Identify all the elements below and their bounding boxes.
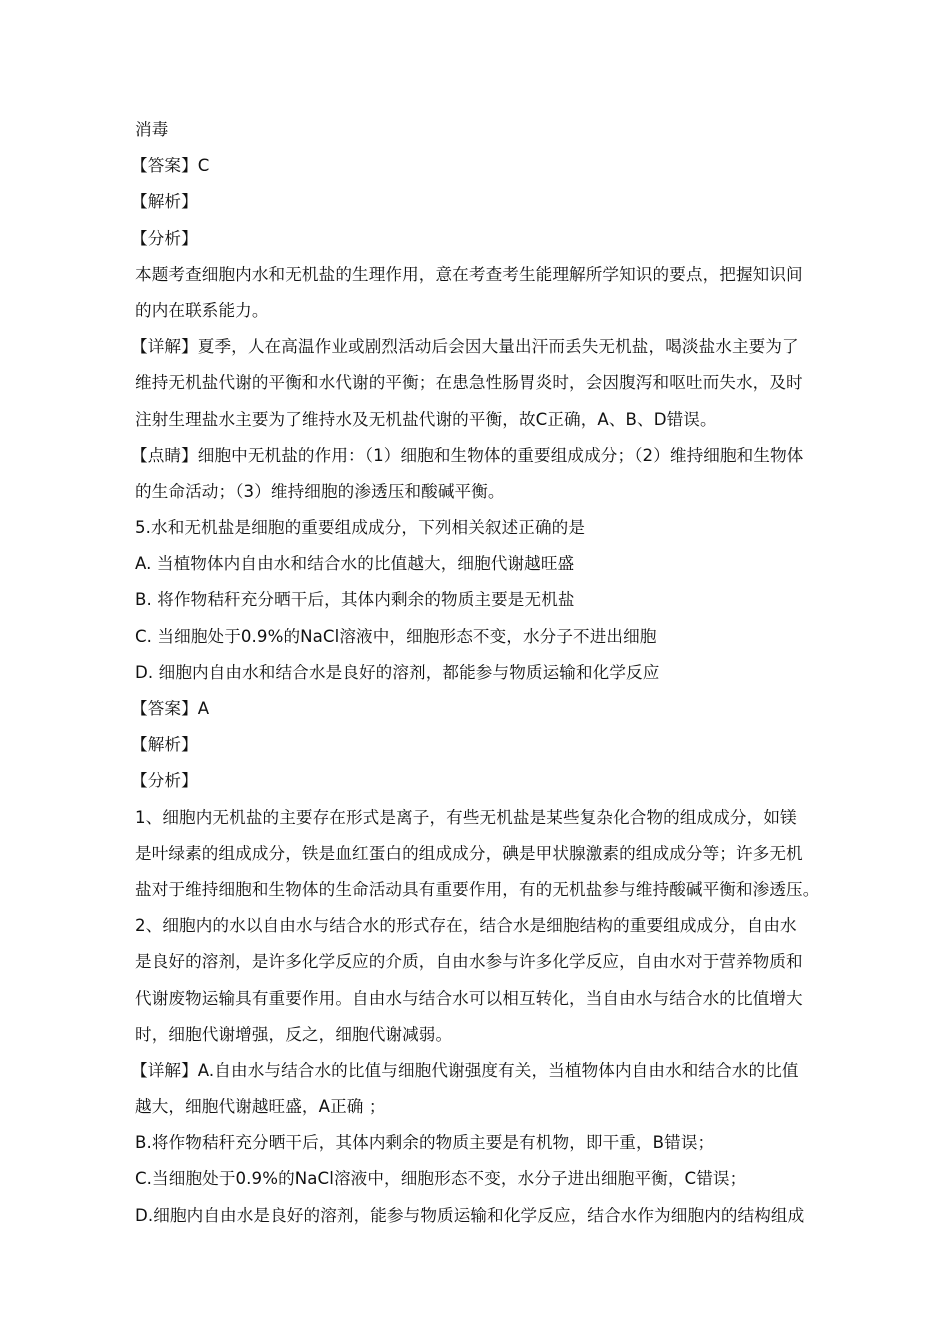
question-stem: 5.水和无机盐是细胞的重要组成成分，下列相关叙述正确的是 [135, 510, 815, 546]
key-point-paragraph: 【点睛】细胞中无机盐的作用：（1）细胞和生物体的重要组成成分；（2）维持细胞和生… [131, 438, 815, 474]
answer-label: 【答案】C [131, 148, 815, 184]
text-line: 2、细胞内的水以自由水与结合水的形式存在，结合水是细胞结构的重要组成成分，自由水 [135, 908, 815, 944]
option-b: B. 将作物秸秆充分晒干后，其体内剩余的物质主要是无机盐 [135, 582, 815, 618]
detail-paragraph: 【详解】A.自由水与结合水的比值与细胞代谢强度有关，当植物体内自由水和结合水的比… [131, 1053, 815, 1089]
document-page: 消毒 【答案】C 【解析】 【分析】 本题考查细胞内水和无机盐的生理作用，意在考… [135, 112, 815, 1234]
text-line: D.细胞内自由水是良好的溶剂，能参与物质运输和化学反应，结合水作为细胞内的结构组… [135, 1198, 815, 1234]
text-line: C.当细胞处于0.9%的NaCl溶液中，细胞形态不变，水分子进出细胞平衡，C错误… [135, 1161, 815, 1197]
text-line: 代谢废物运输具有重要作用。自由水与结合水可以相互转化，当自由水与结合水的比值增大 [135, 981, 815, 1017]
text-line: 是良好的溶剂，是许多化学反应的介质，自由水参与许多化学反应，自由水对于营养物质和 [135, 944, 815, 980]
text-line: 越大，细胞代谢越旺盛，A正确 ； [135, 1089, 815, 1125]
text-line: 时，细胞代谢增强，反之，细胞代谢减弱。 [135, 1017, 815, 1053]
answer-label: 【答案】A [131, 691, 815, 727]
analysis-heading: 【分析】 [131, 763, 815, 799]
text-line: 注射生理盐水主要为了维持水及无机盐代谢的平衡，故C正确，A、B、D错误。 [135, 402, 815, 438]
text-line: 本题考查细胞内水和无机盐的生理作用，意在考查考生能理解所学知识的要点，把握知识间 [135, 257, 815, 293]
option-d: D. 细胞内自由水和结合水是良好的溶剂，都能参与物质运输和化学反应 [135, 655, 815, 691]
detail-paragraph: 【详解】夏季，人在高温作业或剧烈活动后会因大量出汗而丢失无机盐，喝淡盐水主要为了 [131, 329, 815, 365]
text-line: 维持无机盐代谢的平衡和水代谢的平衡；在患急性肠胃炎时，会因腹泻和呕吐而失水，及时 [135, 365, 815, 401]
analysis-heading: 【分析】 [131, 221, 815, 257]
text-line: 的生命活动；（3）维持细胞的渗透压和酸碱平衡。 [135, 474, 815, 510]
text-line: 盐对于维持细胞和生物体的生命活动具有重要作用，有的无机盐参与维持酸碱平衡和渗透压… [135, 872, 815, 908]
text-line: 1、细胞内无机盐的主要存在形式是离子，有些无机盐是某些复杂化合物的组成成分，如镁 [135, 800, 815, 836]
explanation-heading: 【解析】 [131, 727, 815, 763]
option-a: A. 当植物体内自由水和结合水的比值越大，细胞代谢越旺盛 [135, 546, 815, 582]
option-c: C. 当细胞处于0.9%的NaCl溶液中，细胞形态不变，水分子不进出细胞 [135, 619, 815, 655]
explanation-heading: 【解析】 [131, 184, 815, 220]
text-line: B.将作物秸秆充分晒干后，其体内剩余的物质主要是有机物，即干重，B错误； [135, 1125, 815, 1161]
text-line: 是叶绿素的组成成分，铁是血红蛋白的组成成分，碘是甲状腺激素的组成成分等；许多无机 [135, 836, 815, 872]
text-line: 的内在联系能力。 [135, 293, 815, 329]
text-line: 消毒 [135, 112, 815, 148]
